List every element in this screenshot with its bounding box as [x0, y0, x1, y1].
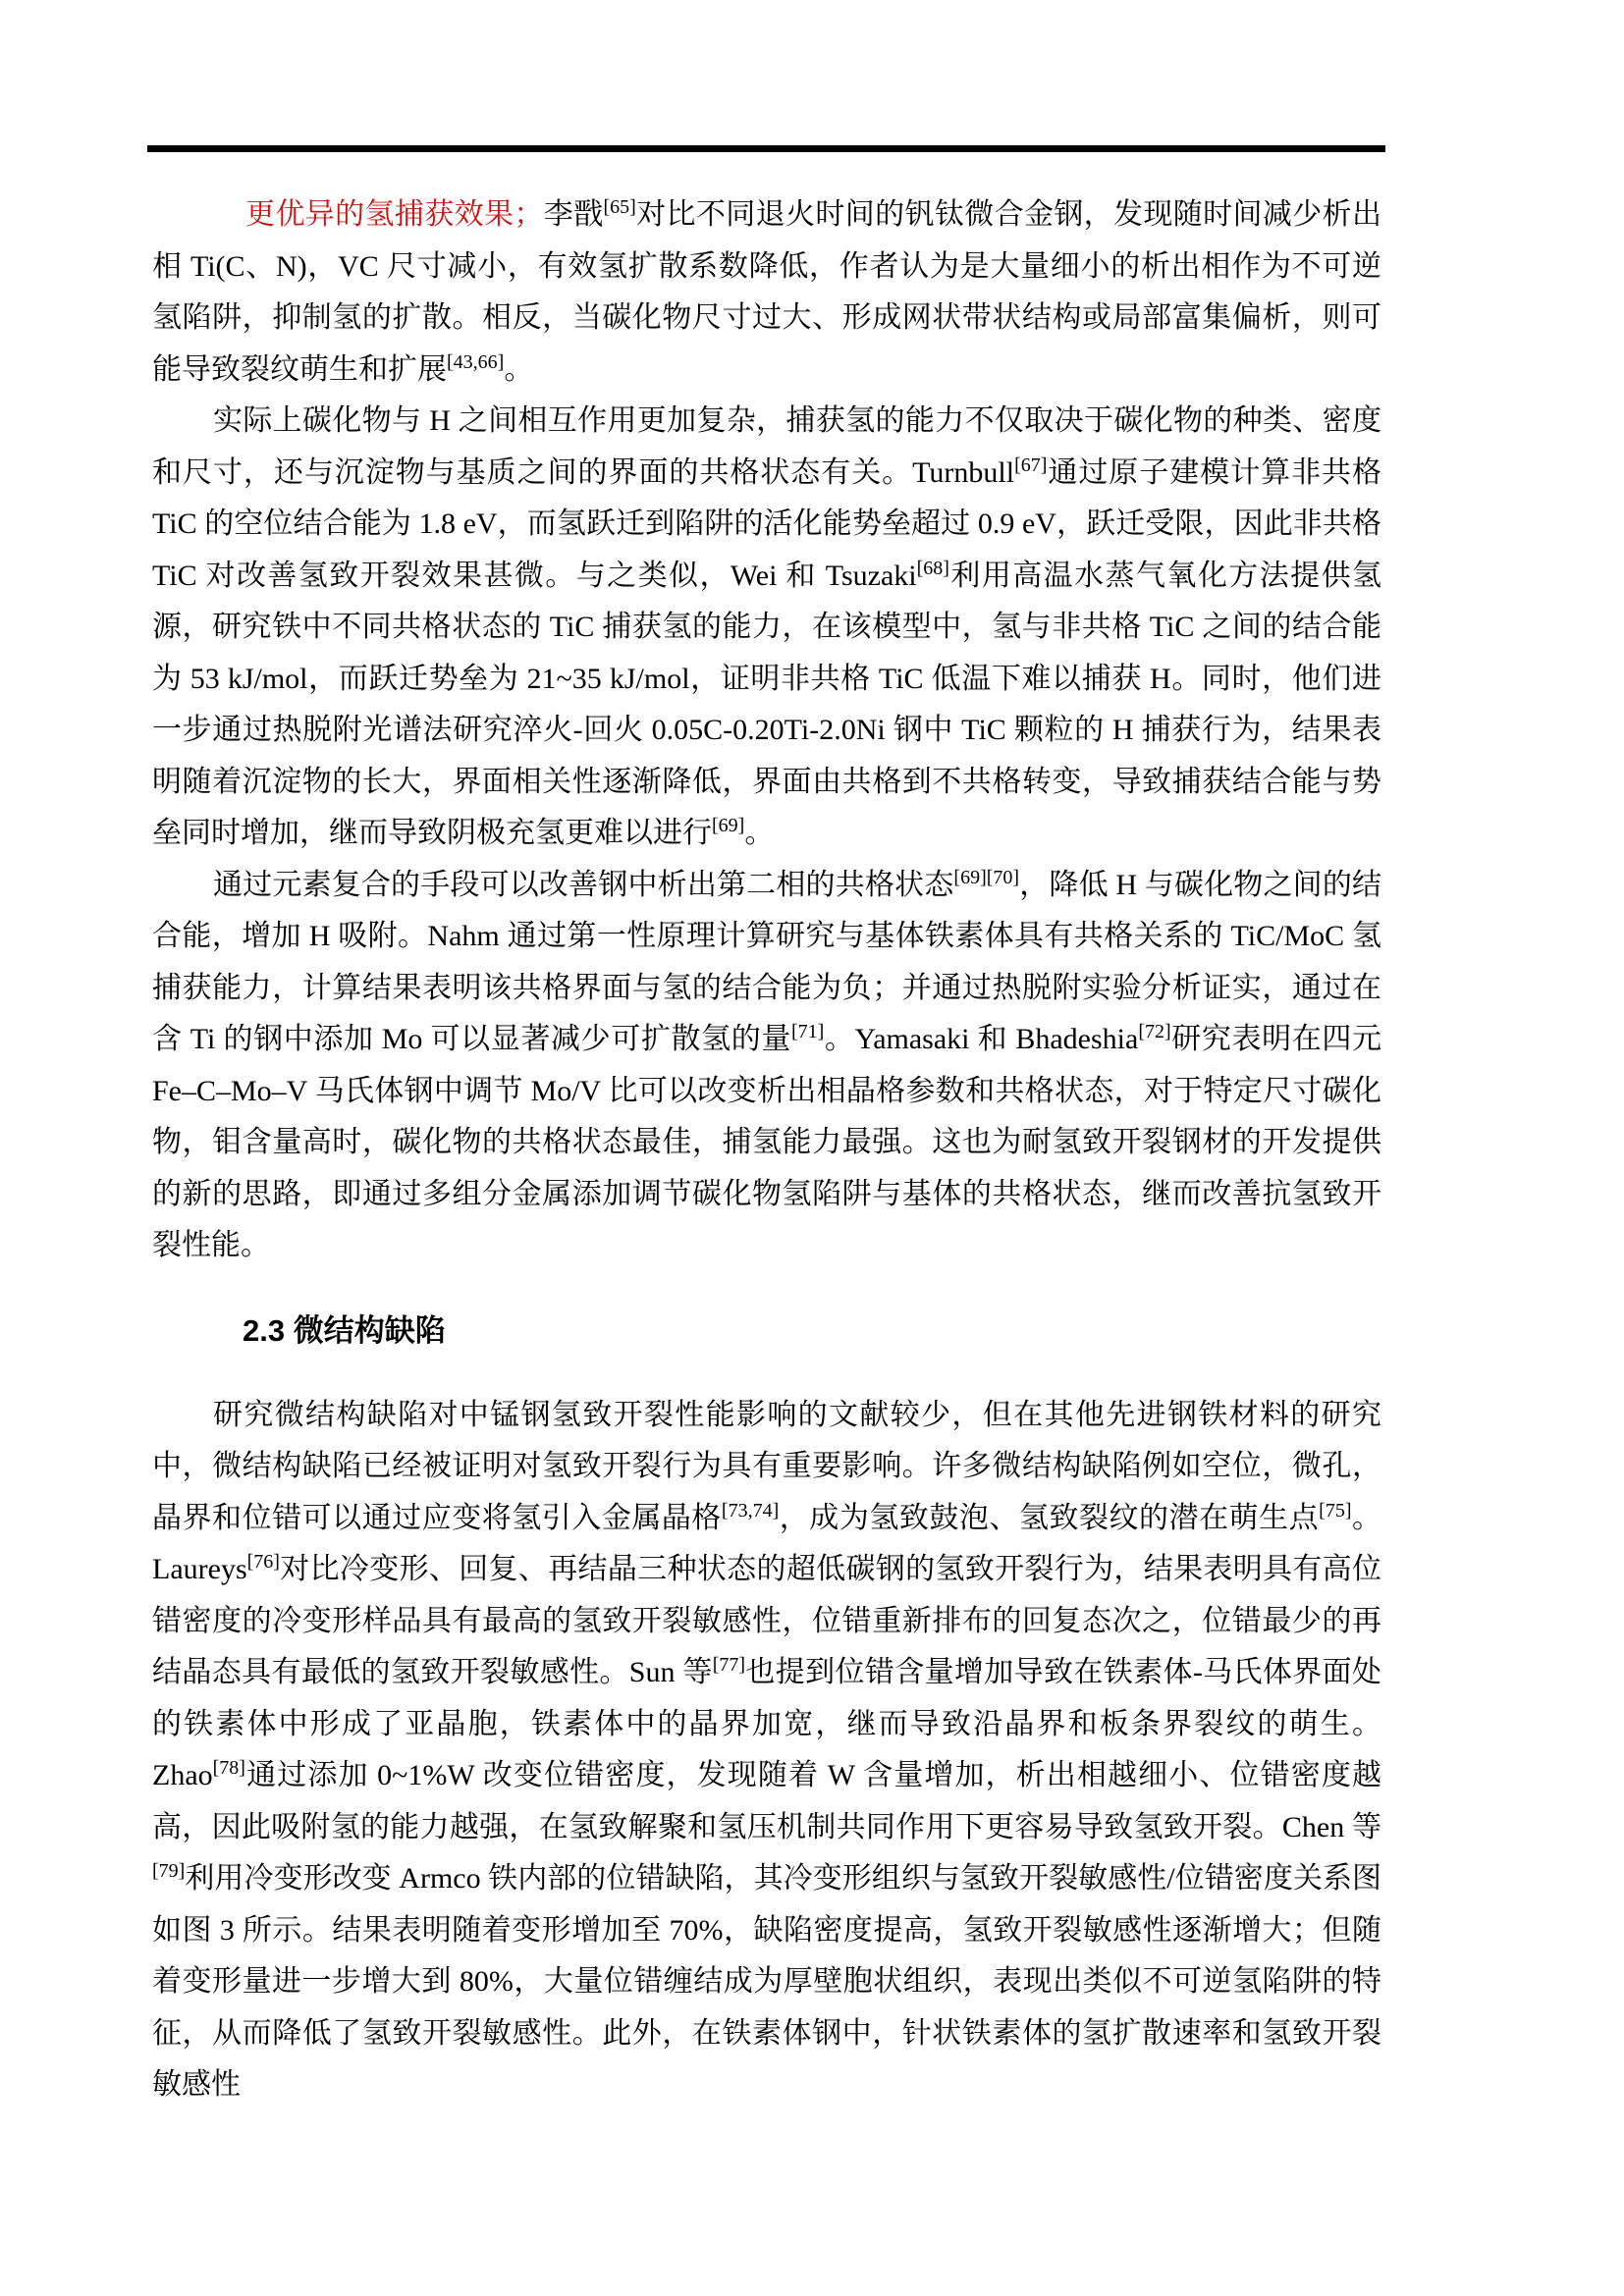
body-text: 。 — [744, 817, 774, 849]
body-text: 李戬 — [543, 198, 603, 231]
citation-ref: [78] — [213, 1757, 245, 1779]
paragraph-3: 通过元素复合的手段可以改善钢中析出第二相的共格状态[69][70]，降低 H 与… — [152, 860, 1381, 1272]
citation-ref: [67] — [1014, 454, 1047, 476]
citation-ref: [69][70] — [953, 867, 1019, 888]
paragraph-2: 实际上碳化物与 H 之间相互作用更加复杂，捕获氢的能力不仅取决于碳化物的种类、密… — [152, 396, 1381, 860]
body-text: 利用高温水蒸气氧化方法提供氢源，研究铁中不同共格状态的 TiC 捕获氢的能力，在… — [152, 560, 1381, 850]
body-text: 。Yamasaki 和 Bhadeshia — [824, 1023, 1138, 1055]
document-page: 更优异的氢捕获效果；李戬[65]对比不同退火时间的钒钛微合金钢，发现随时间减少析… — [0, 0, 1624, 2296]
body-text: 。 — [504, 353, 533, 386]
body-text: 利用冷变形改变 Armco 铁内部的位错缺陷，其冷变形组织与氢致开裂敏感性/位错… — [152, 1862, 1381, 2101]
citation-ref: [71] — [791, 1021, 824, 1042]
body-text: 研究表明在四元 Fe–C–Mo–V 马氏体钢中调节 Mo/V 比可以改变析出相晶… — [152, 1023, 1381, 1261]
header-divider-rule — [147, 145, 1385, 152]
citation-ref: [43,66] — [447, 351, 504, 373]
document-body: 更优异的氢捕获效果；李戬[65]对比不同退火时间的钒钛微合金钢，发现随时间减少析… — [152, 189, 1381, 2111]
section-heading: 2.3 微结构缺陷 — [243, 1311, 1381, 1351]
body-text: 通过添加 0~1%W 改变位错密度，发现随着 W 含量增加，析出相越细小、位错密… — [152, 1759, 1381, 1843]
citation-ref: [75] — [1319, 1500, 1351, 1522]
paragraph-4: 研究微结构缺陷对中锰钢氢致开裂性能影响的文献较少，但在其他先进钢铁材料的研究中，… — [152, 1390, 1381, 2111]
inserted-red-text: 更优异的氢捕获效果； — [245, 198, 543, 231]
citation-ref: [73,74] — [722, 1500, 779, 1522]
citation-ref: [76] — [247, 1551, 280, 1573]
citation-ref: [79] — [152, 1860, 185, 1882]
body-text: 通过元素复合的手段可以改善钢中析出第二相的共格状态 — [213, 869, 953, 901]
paragraph-1: 更优异的氢捕获效果；李戬[65]对比不同退火时间的钒钛微合金钢，发现随时间减少析… — [152, 189, 1381, 396]
citation-ref: [65] — [603, 196, 635, 218]
body-text: ，成为氢致鼓泡、氢致裂纹的潜在萌生点 — [779, 1502, 1319, 1534]
citation-ref: [77] — [713, 1654, 745, 1676]
citation-ref: [68] — [917, 558, 949, 579]
citation-ref: [72] — [1138, 1021, 1170, 1042]
citation-ref: [69] — [712, 815, 744, 836]
